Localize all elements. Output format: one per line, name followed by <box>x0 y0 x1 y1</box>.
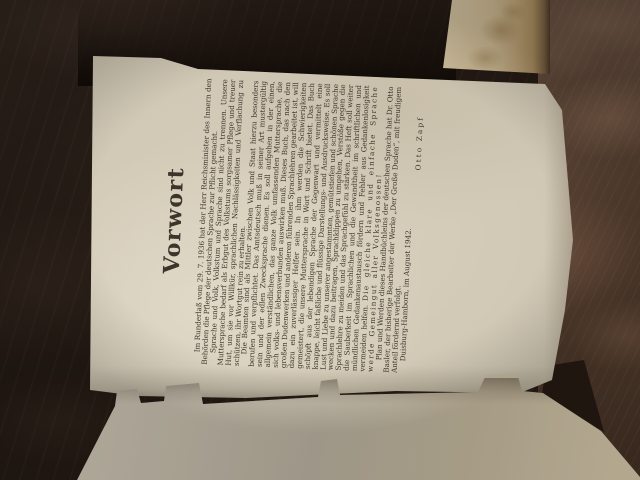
rotated-text-area: Vorwort Im Runderlaß vom 29. 7. 1936 hat… <box>105 72 555 378</box>
page-heading: Vorwort <box>155 77 193 364</box>
photo-of-open-book: Vorwort Im Runderlaß vom 29. 7. 1936 hat… <box>0 0 640 480</box>
book-cover-edge <box>443 0 550 78</box>
paragraph-body: Die Beamten sind als Mittler zwischen Vo… <box>240 80 372 371</box>
page-text: Vorwort Im Runderlaß vom 29. 7. 1936 hat… <box>99 62 562 387</box>
vorwort-page: Vorwort Im Runderlaß vom 29. 7. 1936 hat… <box>86 46 578 408</box>
page-paragraph: Die Beamten sind als Mittler zwischen Vo… <box>240 80 387 372</box>
